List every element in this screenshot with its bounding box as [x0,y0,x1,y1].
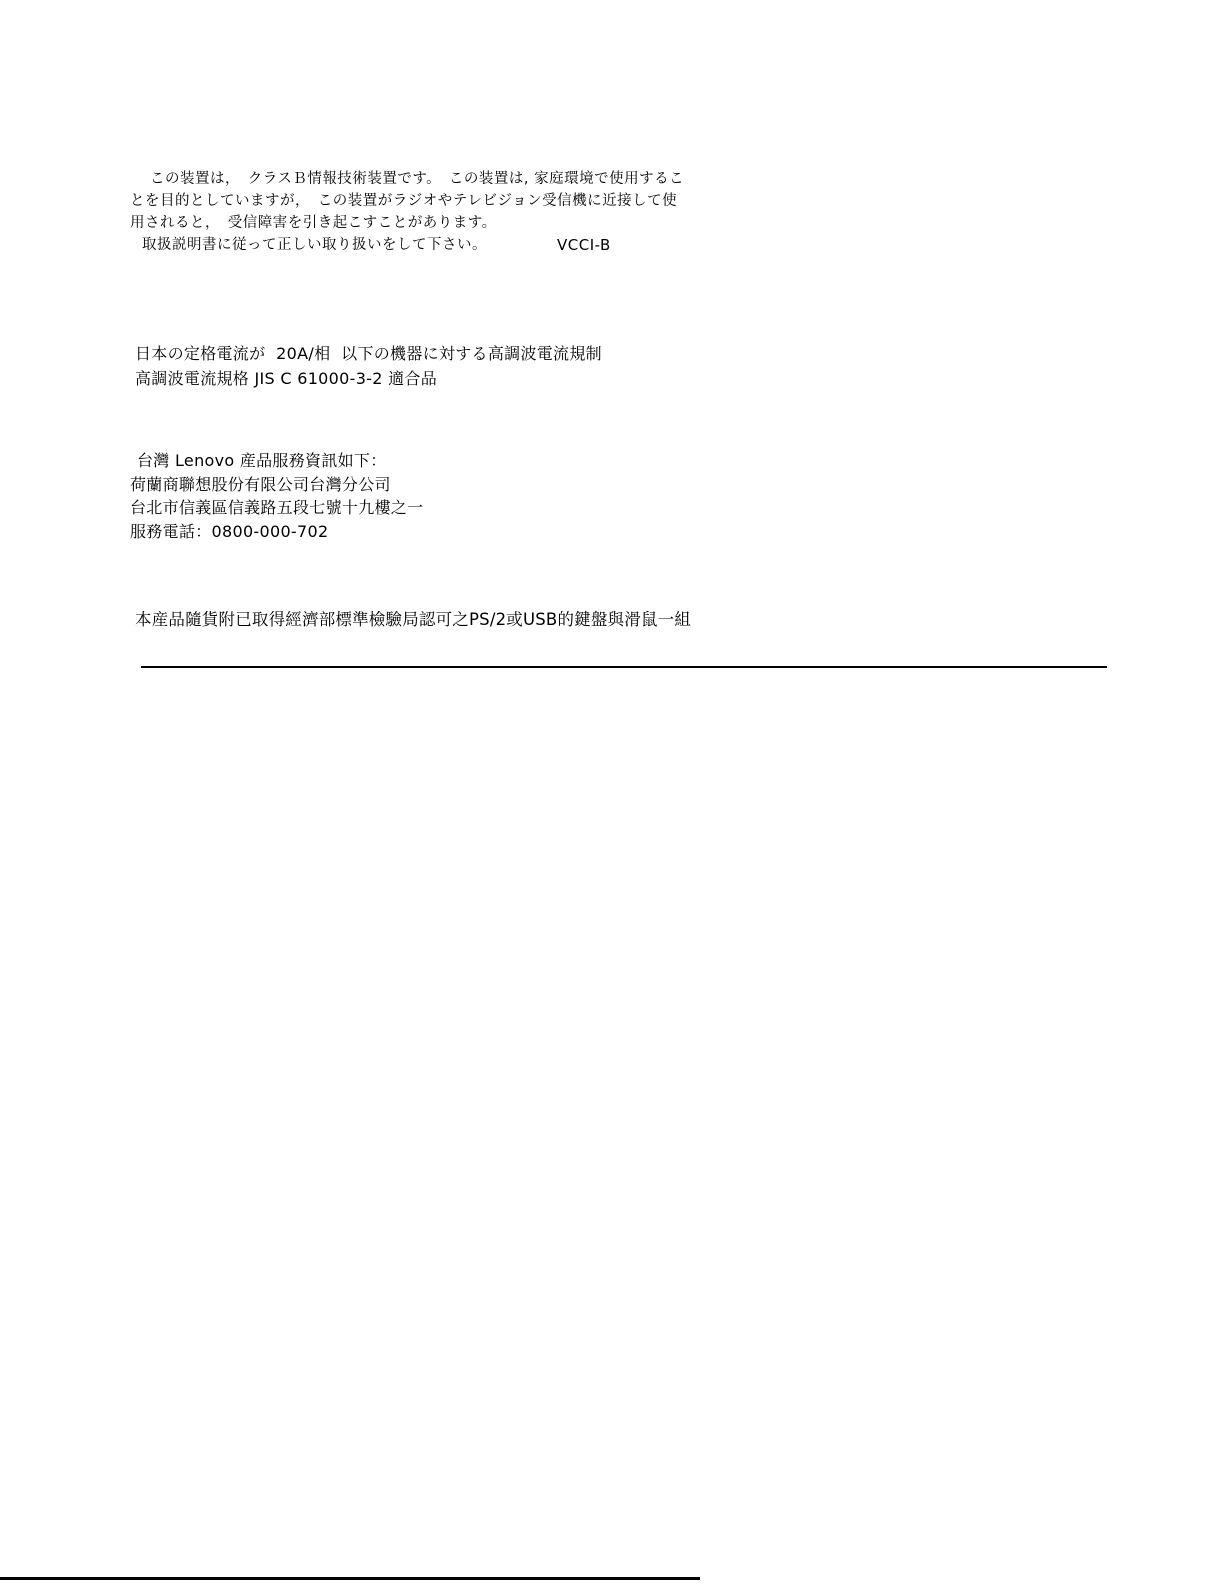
page-bottom-edge-mark [0,1577,700,1580]
document-page: この装置は， クラスＢ情報技術装置です。 この装置は, 家庭環境で使用するこ と… [0,0,1225,1585]
taiwan-service-address: 台北市信義區信義路五段七號十九樓之一 [130,496,690,520]
taiwan-service-phone: 服務電話：0800-000-702 [130,520,690,544]
taiwan-service-heading: 台灣 Lenovo 産品服務資訊如下： [130,449,690,473]
vcci-notice-block: この装置は， クラスＢ情報技術装置です。 この装置は, 家庭環境で使用するこ と… [130,168,690,256]
harmonics-notice-line-2: 高調波電流規格 JIS C 61000-3-2 適合品 [135,366,695,391]
horizontal-rule [141,666,1107,668]
japan-harmonics-notice-block: 日本の定格電流が 20A/相 以下の機器に対する高調波電流規制 高調波電流規格 … [135,341,695,391]
taiwan-service-info-block: 台灣 Lenovo 産品服務資訊如下： 荷蘭商聯想股份有限公司台灣分公司 台北市… [130,449,690,543]
keyboard-mouse-notice-text: 本産品隨貨附已取得經濟部標準檢驗局認可之PS/2或USB的鍵盤與滑鼠一組 [135,609,775,631]
taiwan-service-company: 荷蘭商聯想股份有限公司台灣分公司 [130,473,690,497]
harmonics-notice-line-1: 日本の定格電流が 20A/相 以下の機器に対する高調波電流規制 [135,341,695,366]
vcci-standard-label: VCCI-B [557,234,611,256]
keyboard-mouse-notice-block: 本産品隨貨附已取得經濟部標準檢驗局認可之PS/2或USB的鍵盤與滑鼠一組 [135,609,775,631]
vcci-notice-line-3: 用されると， 受信障害を引き起こすことがあります。 [130,212,690,234]
vcci-notice-line-1: この装置は， クラスＢ情報技術装置です。 この装置は, 家庭環境で使用するこ [130,168,690,190]
vcci-notice-line-2: とを目的としていますが， この装置がラジオやテレビジョン受信機に近接して使 [130,190,690,212]
vcci-handling-statement: 取扱説明書に従って正しい取り扱いをして下さい。 [130,237,487,253]
vcci-notice-line-4: 取扱説明書に従って正しい取り扱いをして下さい。 VCCI-B [130,234,690,256]
